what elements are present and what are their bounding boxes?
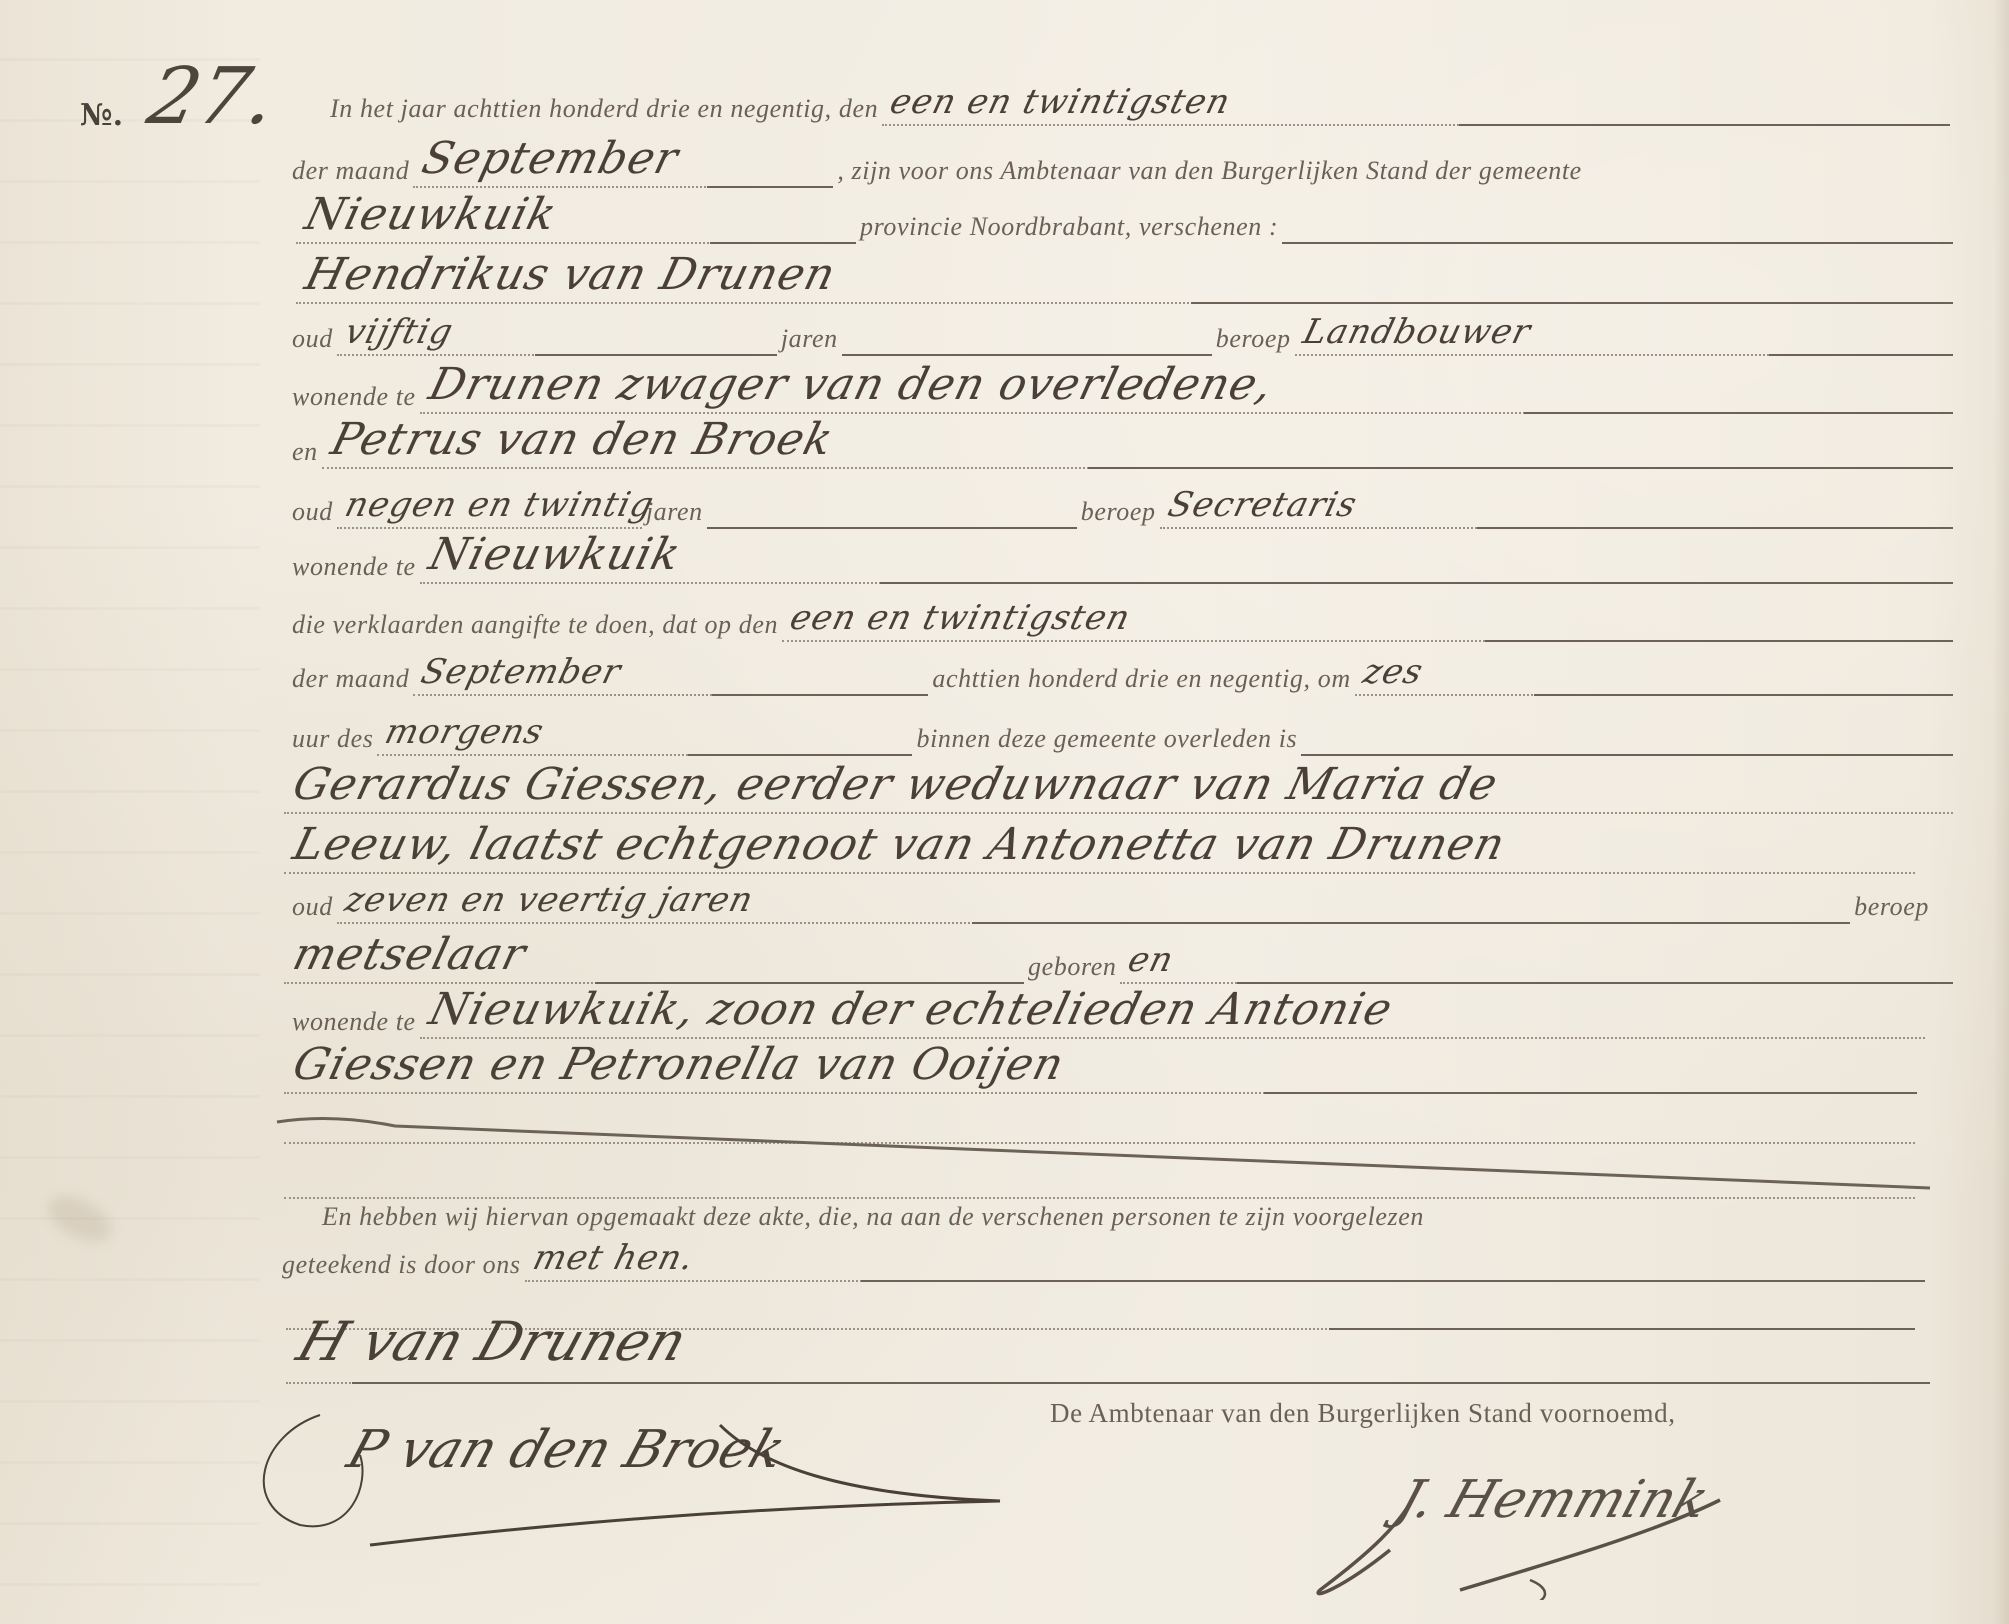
signature-witness-2: P van den Broek [340, 1420, 792, 1480]
field-deceased-residence: Nieuwkuik, zoon der echtelieden Antonie [420, 997, 1925, 1039]
printed-text: wonende te [292, 384, 416, 414]
printed-text: wonende te [292, 1009, 416, 1039]
line-deceased-residence: wonende te Nieuwkuik, zoon der echtelied… [292, 995, 1929, 1039]
field-deceased-occupation: metselaar [284, 942, 1024, 984]
field-death-month: September [413, 654, 928, 696]
printed-text: achttien honderd drie en negentig, om [932, 666, 1350, 696]
certificate-number: 27. [140, 52, 283, 142]
line-deceased-spouse: Leeuw, laatst echtgenoot van Antonetta v… [280, 830, 1919, 874]
field-parents: Giessen en Petronella van Ooijen [284, 1052, 1917, 1094]
line-deceased-occupation: metselaar geboren en [280, 940, 1957, 984]
field-blank [707, 487, 1077, 529]
line-death-day: die verklaarden aangifte te doen, dat op… [292, 598, 1957, 642]
handwritten-month: September [417, 133, 684, 184]
printed-text: , zijn voor ons Ambtenaar van den Burger… [837, 158, 1581, 188]
field-deceased-spouse: Leeuw, laatst echtgenoot van Antonetta v… [284, 832, 1915, 874]
field-day: een en twintigsten [882, 84, 1950, 126]
line-death-time: uur des morgens binnen deze gemeente ove… [292, 712, 1957, 756]
closing-text: En hebben wij hiervan opgemaakt deze akt… [322, 1204, 1424, 1234]
handwritten-deceased-spouse: Leeuw, laatst echtgenoot van Antonetta v… [288, 819, 1511, 870]
line-declarant1-residence: wonende te Drunen zwager van den overled… [292, 370, 1957, 414]
handwritten-parents: Giessen en Petronella van Ooijen [288, 1039, 1070, 1090]
document-page: №. 27. In het jaar achttien honderd drie… [0, 0, 2009, 1624]
line-closing-1: En hebben wij hiervan opgemaakt deze akt… [322, 1190, 1929, 1234]
line-declarant2-residence: wonende te Nieuwkuik [292, 540, 1957, 584]
handwritten-death-hour: zes [1359, 652, 1427, 692]
handwritten-declarant1-residence: Drunen zwager van den overledene, [424, 359, 1278, 410]
handwritten-municipality: Nieuwkuik [300, 189, 562, 240]
official-caption: De Ambtenaar van den Burgerlijken Stand … [1050, 1400, 1676, 1431]
field-blank [842, 314, 1212, 356]
printed-text: beroep [1081, 499, 1156, 529]
line-declarant2-age: oud negen en twintig jaren beroep Secret… [292, 485, 1957, 529]
field-declarant1-name: Hendrikus van Drunen [296, 262, 1953, 304]
field-time-of-day: morgens [377, 714, 912, 756]
field-deceased-name: Gerardus Giessen, eerder weduwnaar van M… [284, 772, 1953, 814]
handwritten-time-of-day: morgens [381, 712, 548, 752]
handwritten-death-month: September [417, 652, 625, 692]
field-birthplace: en [1120, 942, 1953, 984]
field-death-day: een en twintigsten [782, 600, 1953, 642]
handwritten-declarant1-occupation: Landbouwer [1299, 312, 1535, 352]
field-deceased-age: zeven en veertig jaren [337, 882, 1850, 924]
field-declarant2-residence: Nieuwkuik [420, 542, 1953, 584]
line-date: In het jaar achttien honderd drie en neg… [330, 82, 1954, 126]
handwritten-signed-with: met hen. [529, 1238, 699, 1278]
handwritten-birthplace: en [1124, 940, 1178, 980]
printed-text: geteekend is door ons [282, 1252, 521, 1282]
printed-text: binnen deze gemeente overleden is [916, 726, 1297, 756]
line-deceased-age: oud zeven en veertig jaren beroep [292, 880, 1929, 924]
field-blank [1301, 714, 1953, 756]
line-parents: Giessen en Petronella van Ooijen [280, 1050, 1921, 1094]
line-declarant2-name: en Petrus van den Broek [292, 425, 1957, 469]
field-signed-with: met hen. [525, 1240, 1925, 1282]
handwritten-declarant2-age: negen en twintig [341, 485, 658, 525]
line-municipality: Nieuwkuik provincie Noordbrabant, versch… [292, 200, 1957, 244]
printed-text: beroep [1854, 894, 1929, 924]
printed-text: uur des [292, 726, 373, 756]
printed-text: oud [292, 326, 333, 356]
printed-text: wonende te [292, 554, 416, 584]
printed-text: die verklaarden aangifte te doen, dat op… [292, 612, 778, 642]
signature-official: J. Hemmink [1390, 1470, 1716, 1530]
line-month: der maand September , zijn voor ons Ambt… [292, 144, 1954, 188]
printed-text: geboren [1028, 954, 1116, 984]
printed-text: jaren [781, 326, 838, 356]
field-declarant1-residence: Drunen zwager van den overledene, [420, 372, 1953, 414]
printed-text: oud [292, 894, 333, 924]
handwritten-declarant2-name: Petrus van den Broek [326, 414, 839, 465]
handwritten-declarant1-name: Hendrikus van Drunen [300, 249, 841, 300]
handwritten-day: een en twintigsten [886, 82, 1235, 122]
line-death-month: der maand September achttien honderd dri… [292, 652, 1957, 696]
printed-text: en [292, 439, 318, 469]
field-month: September [413, 146, 833, 188]
field-blank [1282, 202, 1953, 244]
handwritten-deceased-name: Gerardus Giessen, eerder weduwnaar van M… [288, 759, 1503, 810]
field-declarant1-occupation: Landbouwer [1295, 314, 1953, 356]
signature-witness-1: H van Drunen [290, 1310, 695, 1373]
printed-text: jaren [646, 499, 703, 529]
handwritten-declarant2-residence: Nieuwkuik [424, 529, 686, 580]
line-closing-2: geteekend is door ons met hen. [282, 1238, 1929, 1282]
line-declarant1-name: Hendrikus van Drunen [292, 260, 1957, 304]
printed-text: oud [292, 499, 333, 529]
handwritten-death-day: een en twintigsten [786, 598, 1135, 638]
printed-text: beroep [1216, 326, 1291, 356]
field-declarant2-name: Petrus van den Broek [322, 427, 1953, 469]
certificate-number-label: №. [80, 98, 123, 133]
handwritten-declarant2-occupation: Secretaris [1164, 485, 1361, 525]
field-declarant2-occupation: Secretaris [1160, 487, 1953, 529]
field-municipality: Nieuwkuik [296, 202, 856, 244]
printed-text: der maand [292, 158, 409, 188]
field-declarant1-age: vijftig [337, 314, 777, 356]
printed-text: In het jaar achttien honderd drie en neg… [330, 96, 878, 126]
field-death-hour: zes [1355, 654, 1953, 696]
handwritten-deceased-age: zeven en veertig jaren [341, 880, 758, 920]
handwritten-declarant1-age: vijftig [341, 312, 457, 352]
line-deceased-name: Gerardus Giessen, eerder weduwnaar van M… [280, 770, 1957, 814]
handwritten-deceased-occupation: metselaar [288, 929, 531, 980]
field-declarant2-age: negen en twintig [337, 487, 642, 529]
bleed-through-text [0, 0, 260, 1624]
printed-text: der maand [292, 666, 409, 696]
line-declarant1-age: oud vijftig jaren beroep Landbouwer [292, 312, 1957, 356]
strike-line [275, 1112, 1935, 1192]
printed-text: provincie Noordbrabant, verschenen : [860, 214, 1278, 244]
handwritten-deceased-residence: Nieuwkuik, zoon der echtelieden Antonie [424, 984, 1398, 1035]
